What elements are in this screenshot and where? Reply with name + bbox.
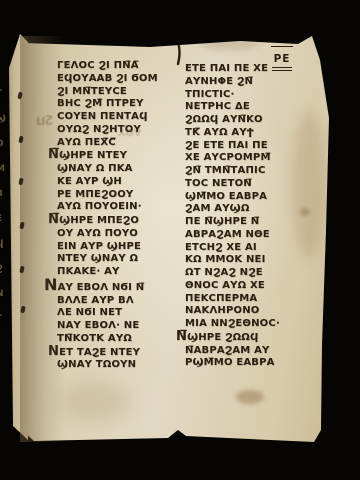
stain — [60, 382, 130, 422]
text-line: Ν̅ΑΒΡΑϨΑΜ ΑΥ — [185, 345, 307, 358]
text-line: ΕΙΝ ΑΥΡ ϢΗΡΕ — [57, 241, 181, 254]
text-line: ΑΥΩ ΠΟΥΟΕΙΝ· — [57, 201, 181, 214]
text-line: ΑΥΩ ΠΕΧ̅Ϲ̅ — [57, 137, 181, 150]
text-line: ΟΥΩϨ ΝϨΗΤΟΥ — [57, 124, 181, 137]
page-number-rule — [271, 46, 293, 47]
manuscript-photo: Τ Ϣ Ο Μ Β Ε Ϥ Ϩ Ν Τ ϨΠ ΛΟΥ ΡΕ ΓΕΛΟϹ ϨΙ Π… — [0, 0, 360, 480]
text-line: ΘΝΟϹ ΑΥΩ ΧΕ — [185, 280, 307, 293]
text-line: ΡϢΜ̅ΜΟ ΕΑΒΡΑ — [185, 357, 307, 370]
text-line: ϹΟΥΕΝ ΠΕΝΤΑϤ — [57, 111, 181, 124]
text-line: ΕΤϹΗϨ ΧΕ ΑΙ — [185, 242, 307, 255]
text-line: ΡΕ ΜΠΕϨΟΟΥ — [57, 189, 181, 202]
text-line: ϨΑΜ ΑΥϢΩ — [185, 203, 307, 216]
text-line: ΚΩ ΜΜΟΚ ΝΕΙ — [185, 254, 307, 267]
text-line: ΑΒΡΑϨΑΜ ΝΘΕ — [185, 229, 307, 242]
text-line: ΤΝ̅ΚΟΤΚ ΑΥΩ — [57, 333, 181, 346]
facing-page-text-fragment: Τ Ϣ Ο Μ Β Ε Ϥ Ϩ Ν Τ — [0, 82, 10, 350]
text-line: Ν̅ϢΗΡΕ ΜΠΕϨΟ — [48, 214, 181, 228]
text-line: ϢΝΑΥ ΤΩΟΥΝ — [57, 359, 181, 372]
stain — [236, 390, 264, 404]
text-line: ΝΑΥ ΕΒΟΛ ΝϬΙ Ν̅ — [44, 279, 181, 295]
text-line: ΑΥΝΗΦΕ ϨΝ̅ — [185, 76, 307, 89]
manuscript-page: ϨΠ ΛΟΥ ΡΕ ΓΕΛΟϹ ϨΙ ΠΝ̅Α̅ ΕϤΟΥΑΑΒ ϨΙ ϬΟΜ … — [0, 0, 360, 480]
text-line: ΤΟϹ ΝΕΤΟΝ̅ — [185, 178, 307, 191]
text-line: ΠΕΚϹΠΕΡΜΑ — [185, 293, 307, 306]
text-column-left: ΓΕΛΟϹ ϨΙ ΠΝ̅Α̅ ΕϤΟΥΑΑΒ ϨΙ ϬΟΜ ϨΙ ΜΝ̅ΤΕΥϹ… — [57, 60, 181, 372]
text-line: ϨΕ ΕΤΕ ΠΑΙ ΠΕ — [185, 140, 307, 153]
text-line: ΕϤΟΥΑΑΒ ϨΙ ϬΟΜ — [57, 73, 181, 86]
text-line: ΩΤ ΝϨΑϨ ΝϨΕ — [185, 267, 307, 280]
text-line: ΠΚΑΚΕ· ΑΥ — [57, 266, 181, 279]
text-line: ΟΥ ΑΥΩ ΠΟΥΟ — [57, 228, 181, 241]
text-line: ΝΑΥ ΕΒΟΛ· ΝΕ — [57, 320, 181, 333]
text-line: ΝΤΕΥ ϢΝΑΥ Ω — [57, 253, 181, 266]
text-line: ϢΝΑΥ Ω ΠΚΑ — [57, 163, 181, 176]
text-line: ΤΚ̅ ΑΥΩ ΑΥϮ — [185, 127, 307, 140]
text-line: ΒΗϹ ϨΜ̅ ΠΤΡΕΥ — [57, 98, 181, 111]
text-line: ΒΛΛΕ ΑΥΡ ΒΛ — [57, 295, 181, 308]
text-line: ΝΕΤΡΗϹ ΔΕ — [185, 101, 307, 114]
ghost-ink-smudge: ϨΠ — [36, 114, 53, 127]
text-line: ϨΙ ΜΝ̅ΤΕΥϹΕ — [57, 86, 181, 99]
text-line: ΝΑΚΛΗΡΟΝΟ — [185, 305, 307, 318]
text-line: ϨΩΩϤ ΑΥΝ̅ΚΟ — [185, 114, 307, 127]
text-line: ΛΕ ΝϬΙ ΝΕΤ — [57, 307, 181, 320]
text-line: ΜΙΑ ΝΝϨΕΘΝΟϹ· — [185, 318, 307, 331]
stain — [200, 36, 260, 50]
text-line: ΕΤΕ ΠΑΙ ΠΕ ΧΕ — [185, 63, 307, 76]
text-line: ϢΜ̅ΜΟ ΕΑΒΡΑ — [185, 191, 307, 204]
text-line: ΧΕ ΑΥϹΡΟΜΡΜ̅ — [185, 152, 307, 165]
text-column-right: ΕΤΕ ΠΑΙ ΠΕ ΧΕ ΑΥΝΗΦΕ ϨΝ̅ ΤΠΙϹΤΙϹ· ΝΕΤΡΗϹ… — [185, 63, 307, 370]
text-line: ϨΝ̅ ΤΜΝ̅ΤΑΠΙϹ — [185, 165, 307, 178]
text-line: Ν̅ϢΗΡΕ ϨΩΩϤ — [176, 331, 307, 345]
text-line: ΤΠΙϹΤΙϹ· — [185, 89, 307, 102]
text-line: ΚΕ ΑΥΡ ϢΗ — [57, 176, 181, 189]
text-line: ΠΕ Ν̅ϢΗΡΕ Ν̅ — [185, 216, 307, 229]
text-line: ΓΕΛΟϹ ϨΙ ΠΝ̅Α̅ — [57, 60, 181, 73]
text-line: ΝΕΤ ΤΑϨΕ ΝΤΕΥ — [48, 346, 181, 360]
text-line: Ν̅ϢΗΡΕ ΝΤΕΥ — [48, 149, 181, 163]
